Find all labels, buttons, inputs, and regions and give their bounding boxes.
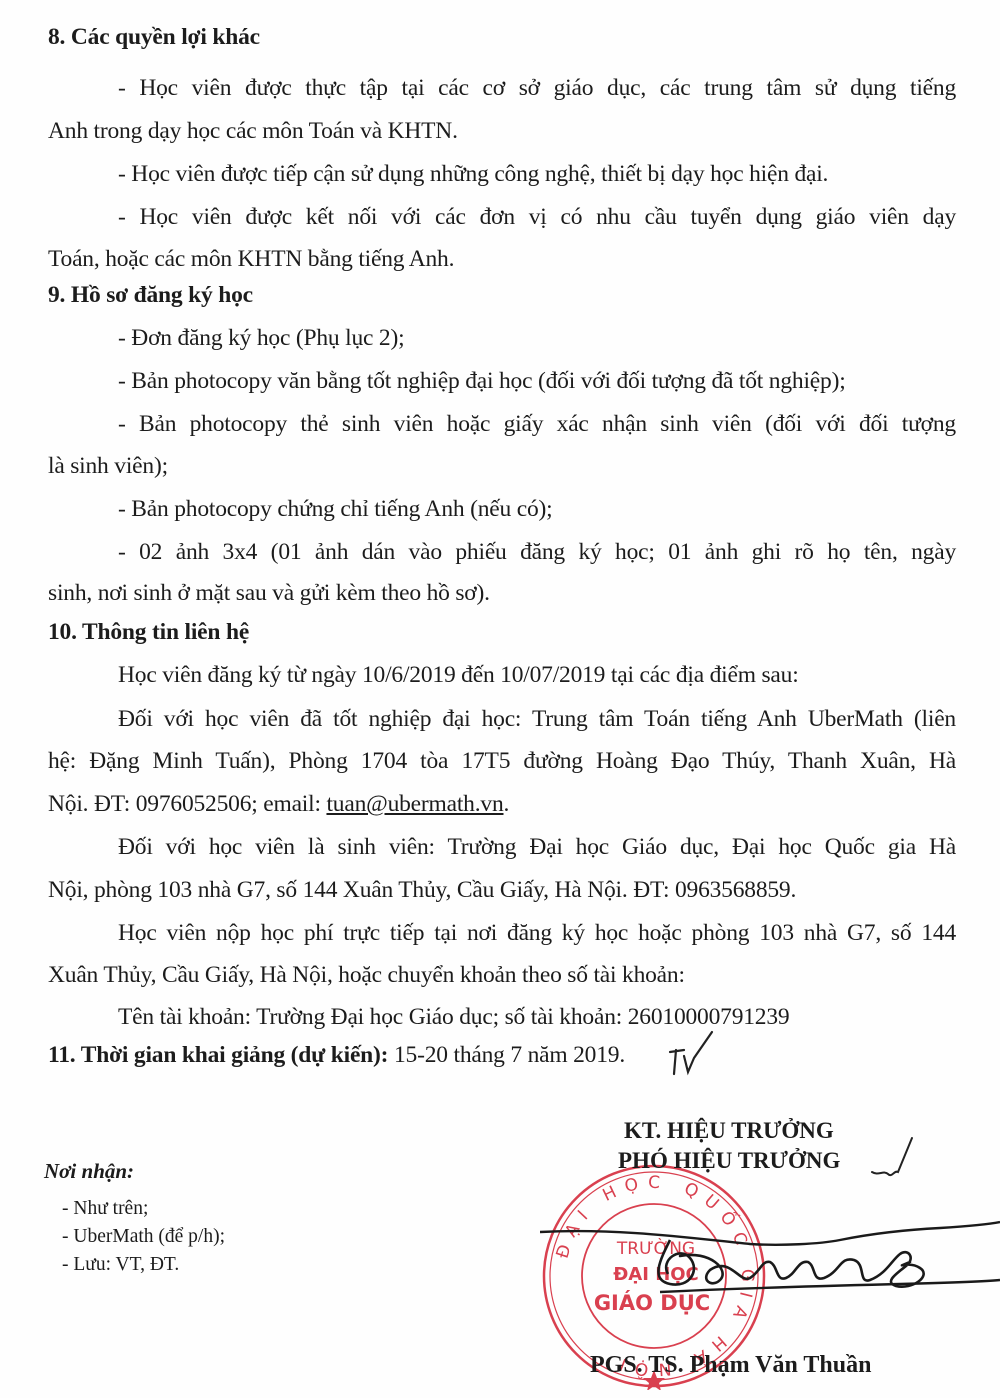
- s10-account: Tên tài khoản: Trường Đại học Giáo dục; …: [118, 1002, 789, 1032]
- s10-registration: Học viên đăng ký từ ngày 10/6/2019 đến 1…: [118, 660, 799, 690]
- s10-students-line-1: Đối với học viên là sinh viên: Trường Đạ…: [118, 832, 956, 862]
- recipients-title: Nơi nhận:: [44, 1158, 134, 1184]
- section-11-value: 15-20 tháng 7 năm 2019.: [388, 1042, 625, 1068]
- s10-fees-line-1: Học viên nộp học phí trực tiếp tại nơi đ…: [118, 918, 956, 948]
- section-11-heading: 11. Thời gian khai giảng (dự kiến):: [48, 1042, 388, 1068]
- s10-fees-line-2: Xuân Thủy, Cầu Giấy, Hà Nội, hoặc chuyển…: [48, 960, 685, 990]
- section-10-heading: 10. Thông tin liên hệ: [48, 617, 249, 647]
- signatory-name: PGS. TS. Phạm Văn Thuần: [590, 1352, 871, 1379]
- s9-item-2: - Bản photocopy văn bằng tốt nghiệp đại …: [118, 366, 956, 396]
- recipient-item: - UberMath (để p/h);: [62, 1224, 225, 1250]
- s8-item-3-line-2: Toán, hoặc các môn KHTN bằng tiếng Anh.: [48, 244, 454, 274]
- s10-graduates-line-3: Nội. ĐT: 0976052506; email: tuan@ubermat…: [48, 789, 509, 819]
- s9-item-3-line-2: là sinh viên);: [48, 451, 168, 481]
- s10-graduates-line-2: hệ: Đặng Minh Tuấn), Phòng 1704 tòa 17T5…: [48, 746, 956, 776]
- s9-item-4: - Bản photocopy chứng chỉ tiếng Anh (nếu…: [118, 494, 552, 524]
- initials-mark-icon: [662, 1030, 722, 1086]
- s8-item-3-line-1: - Học viên được kết nối với các đơn vị c…: [118, 202, 956, 232]
- section-8-heading: 8. Các quyền lợi khác: [48, 22, 260, 52]
- contact-phone-text: Nội. ĐT: 0976052506; email:: [48, 791, 326, 817]
- document-page: 8. Các quyền lợi khác - Học viên được th…: [0, 0, 1000, 1398]
- s9-item-5-line-2: sinh, nơi sinh ở mặt sau và gửi kèm theo…: [48, 578, 490, 608]
- s8-item-2: - Học viên được tiếp cận sử dụng những c…: [118, 159, 828, 189]
- signature-title-1: KT. HIỆU TRƯỞNG: [624, 1118, 834, 1144]
- recipient-item: - Như trên;: [62, 1196, 148, 1222]
- recipient-item: - Lưu: VT, ĐT.: [62, 1252, 179, 1278]
- trailing-period: .: [504, 791, 510, 817]
- email-link[interactable]: tuan@ubermath.vn: [326, 791, 503, 817]
- s9-item-3-line-1: - Bản photocopy thẻ sinh viên hoặc giấy …: [118, 409, 956, 439]
- initials-mark-icon: [868, 1134, 918, 1184]
- s9-item-1: - Đơn đăng ký học (Phụ lục 2);: [118, 323, 404, 353]
- s10-students-line-2: Nội, phòng 103 nhà G7, số 144 Xuân Thủy,…: [48, 875, 796, 905]
- handwritten-signature-icon: [540, 1200, 1000, 1310]
- signature-title-2: PHÓ HIỆU TRƯỞNG: [618, 1148, 840, 1174]
- s8-item-1-line-1: - Học viên được thực tập tại các cơ sở g…: [118, 73, 956, 103]
- s9-item-5-line-1: - 02 ảnh 3x4 (01 ảnh dán vào phiếu đăng …: [118, 537, 956, 567]
- s10-graduates-line-1: Đối với học viên đã tốt nghiệp đại học: …: [118, 704, 956, 734]
- s8-item-1-line-2: Anh trong dạy học các môn Toán và KHTN.: [48, 116, 458, 146]
- section-11: 11. Thời gian khai giảng (dự kiến): 15-2…: [48, 1040, 625, 1070]
- section-9-heading: 9. Hồ sơ đăng ký học: [48, 280, 253, 310]
